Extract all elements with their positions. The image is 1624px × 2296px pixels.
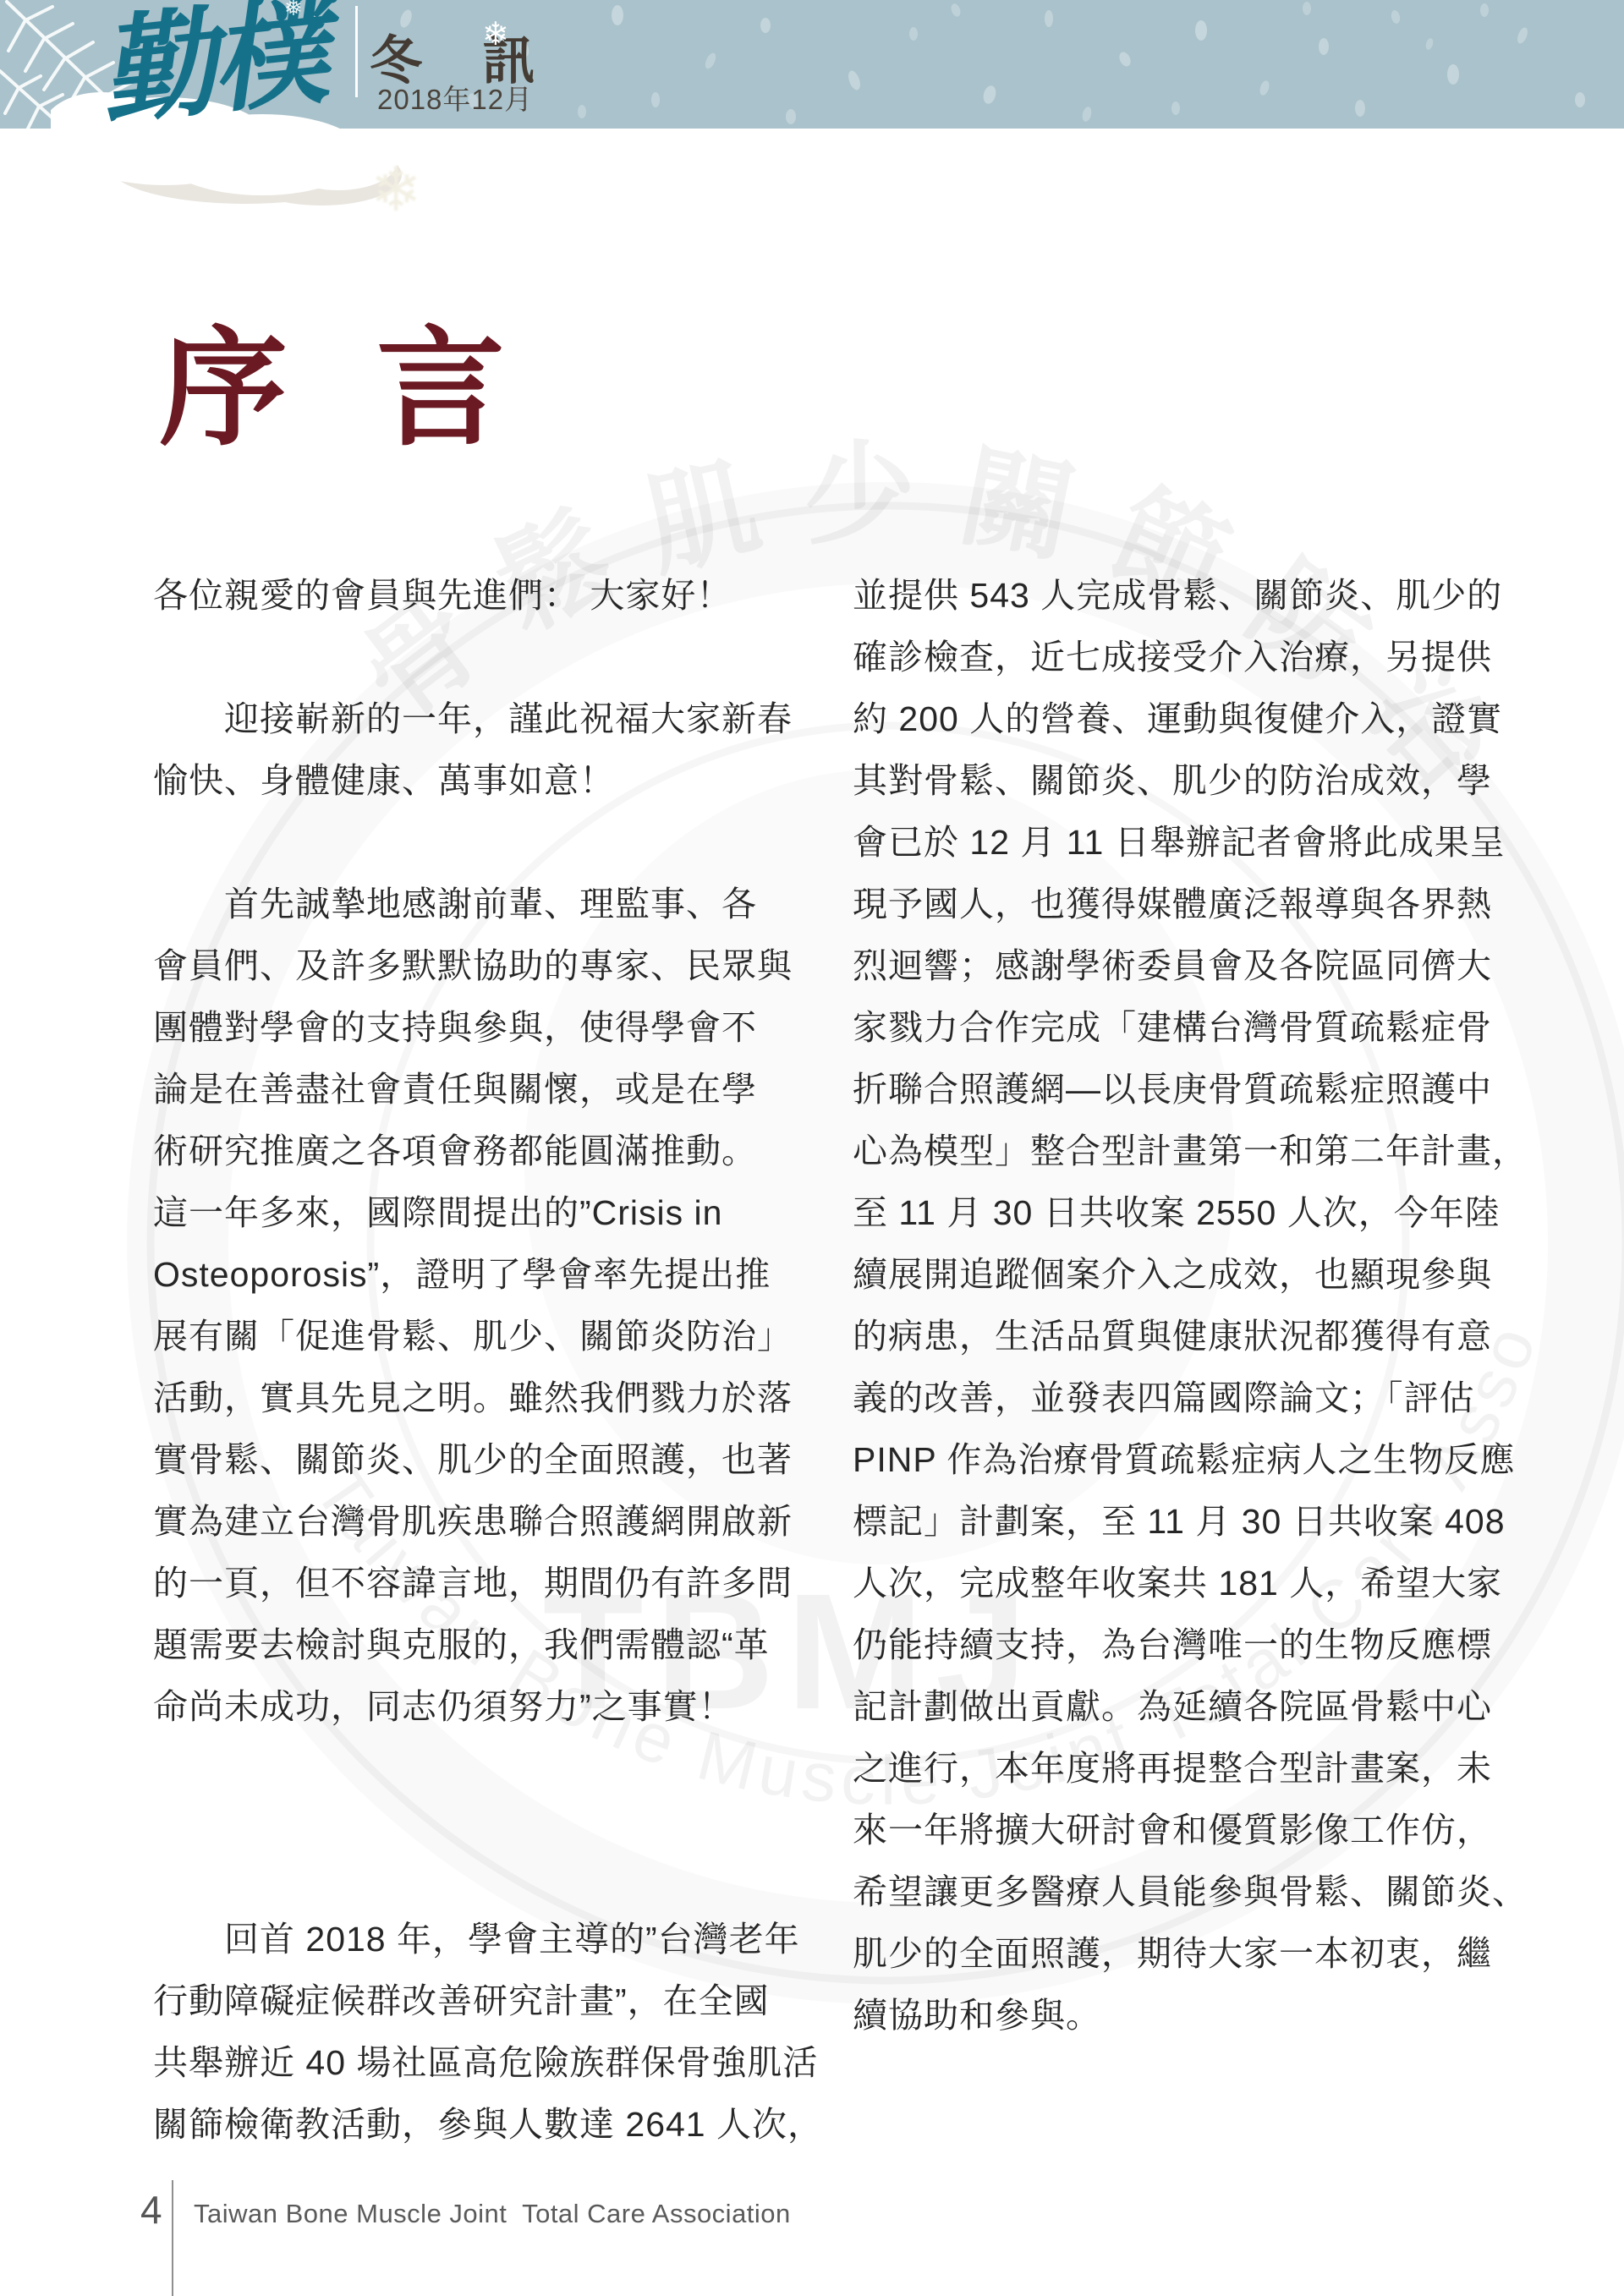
logo-calligraphy: 勤樸: [95, 0, 359, 133]
text-line: 家戮力合作完成「建構台灣骨質疏鬆症骨: [853, 997, 1483, 1059]
text-line: 回首 2018 年，學會主導的”台灣老年: [153, 1909, 783, 1970]
snowflake-icon: ❄: [482, 15, 509, 53]
text-line: 實為建立台灣骨肌疾患聯合照護網開啟新: [153, 1491, 783, 1553]
paragraph: 並提供 543 人完成骨鬆、關節炎、肌少的確診檢查，近七成接受介入治療，另提供約…: [853, 565, 1483, 2047]
text-line: Osteoporosis”，證明了學會率先提出推: [153, 1244, 783, 1306]
paragraph: 各位親愛的會員與先進們： 大家好！: [153, 565, 783, 627]
text-line: 確診檢查，近七成接受介入治療，另提供: [853, 627, 1483, 688]
text-line: 題需要去檢討與克服的，我們需體認“革: [153, 1614, 783, 1676]
text-line: 迎接嶄新的一年，謹此祝福大家新春: [153, 688, 783, 750]
paragraph: 迎接嶄新的一年，謹此祝福大家新春愉快、身體健康、萬事如意！: [153, 688, 783, 812]
footer-association-name: Taiwan Bone Muscle Joint Total Care Asso…: [194, 2199, 791, 2229]
text-line: 記計劃做出貢獻。為延續各院區骨鬆中心: [853, 1676, 1483, 1738]
text-line: 首先誠摯地感謝前輩、理監事、各: [153, 874, 783, 935]
text-line: PINP 作為治療骨質疏鬆症病人之生物反應: [853, 1429, 1483, 1491]
text-line: 心為模型」整合型計畫第一和第二年計畫，: [853, 1121, 1483, 1182]
text-line: 約 200 人的營養、運動與復健介入，證實: [853, 688, 1483, 750]
snowflake-icon: ❅: [284, 0, 303, 21]
page-title: 序言: [159, 286, 594, 470]
text-line: 續展開追蹤個案介入之成效，也顯現參與: [853, 1244, 1483, 1306]
text-line: 團體對學會的支持與參與，使得學會不: [153, 997, 783, 1059]
text-line: 這一年多來，國際間提出的”Crisis in: [153, 1182, 783, 1244]
right-column: 並提供 543 人完成骨鬆、關節炎、肌少的確診檢查，近七成接受介入治療，另提供約…: [853, 565, 1483, 2047]
left-column: 各位親愛的會員與先進們： 大家好！迎接嶄新的一年，謹此祝福大家新春愉快、身體健康…: [153, 565, 783, 2156]
text-line: 之進行，本年度將再提整合型計畫案，未: [853, 1738, 1483, 1800]
text-line: 折聯合照護網—以長庚骨質疏鬆症照護中: [853, 1059, 1483, 1121]
issue-date: 2018年12月: [377, 78, 533, 118]
footer-divider-line: [172, 2180, 173, 2296]
text-line: 的一頁，但不容諱言地，期間仍有許多問: [153, 1553, 783, 1614]
text-line: 行動障礙症候群改善研究計畫”，在全國: [153, 1970, 783, 2032]
text-line: 其對骨鬆、關節炎、肌少的防治成效，學: [853, 750, 1483, 812]
text-line: 各位親愛的會員與先進們： 大家好！: [153, 565, 783, 627]
snowflake-icon-large: ❄: [370, 154, 421, 225]
text-line: 來一年將擴大研討會和優質影像工作仿，: [853, 1800, 1483, 1861]
text-line: 烈迴響；感謝學術委員會及各院區同儕大: [853, 935, 1483, 997]
text-line: 人次，完成整年收案共 181 人，希望大家: [853, 1553, 1483, 1614]
footer-page-number: 4: [140, 2187, 162, 2233]
newsletter-page: 骨鬆肌少關節防治 Taiwan Bone Muscle Joint Total …: [0, 0, 1624, 2296]
header-divider-line: [355, 6, 358, 97]
text-line: 的病患，生活品質與健康狀況都獲得有意: [853, 1306, 1483, 1367]
text-line: 關篩檢衛教活動，參與人數達 2641 人次，: [153, 2094, 783, 2156]
text-line: 展有關「促進骨鬆、肌少、關節炎防治」: [153, 1306, 783, 1367]
text-line: 並提供 543 人完成骨鬆、關節炎、肌少的: [853, 565, 1483, 627]
text-line: 術研究推廣之各項會務都能圓滿推動。: [153, 1121, 783, 1182]
text-line: 仍能持續支持，為台灣唯一的生物反應標: [853, 1614, 1483, 1676]
text-line: 義的改善，並發表四篇國際論文；「評估: [853, 1367, 1483, 1429]
text-line: 愉快、身體健康、萬事如意！: [153, 750, 783, 812]
text-line: 會員們、及許多默默協助的專家、民眾與: [153, 935, 783, 997]
text-line: 現予國人，也獲得媒體廣泛報導與各界熱: [853, 874, 1483, 935]
text-line: 命尚未成功，同志仍須努力”之事實！: [153, 1676, 783, 1738]
text-line: 活動，實具先見之明。雖然我們戮力於落: [153, 1367, 783, 1429]
text-line: 實骨鬆、關節炎、肌少的全面照護，也著: [153, 1429, 783, 1491]
text-line: 共舉辦近 40 場社區高危險族群保骨強肌活: [153, 2032, 783, 2094]
text-line: 論是在善盡社會責任與關懷，或是在學: [153, 1059, 783, 1121]
text-line: 希望讓更多醫療人員能參與骨鬆、關節炎、: [853, 1861, 1483, 1923]
text-line: 標記」計劃案，至 11 月 30 日共收案 408: [853, 1491, 1483, 1553]
text-line: 續協助和參與。: [853, 1985, 1483, 2047]
text-line: 會已於 12 月 11 日舉辦記者會將此成果呈: [853, 812, 1483, 874]
paragraph: 回首 2018 年，學會主導的”台灣老年行動障礙症候群改善研究計畫”，在全國共舉…: [153, 1909, 783, 2156]
paragraph: 首先誠摯地感謝前輩、理監事、各會員們、及許多默默協助的專家、民眾與團體對學會的支…: [153, 874, 783, 1738]
text-line: 肌少的全面照護，期待大家一本初衷，繼: [853, 1923, 1483, 1985]
text-line: 至 11 月 30 日共收案 2550 人次，今年陸: [853, 1182, 1483, 1244]
